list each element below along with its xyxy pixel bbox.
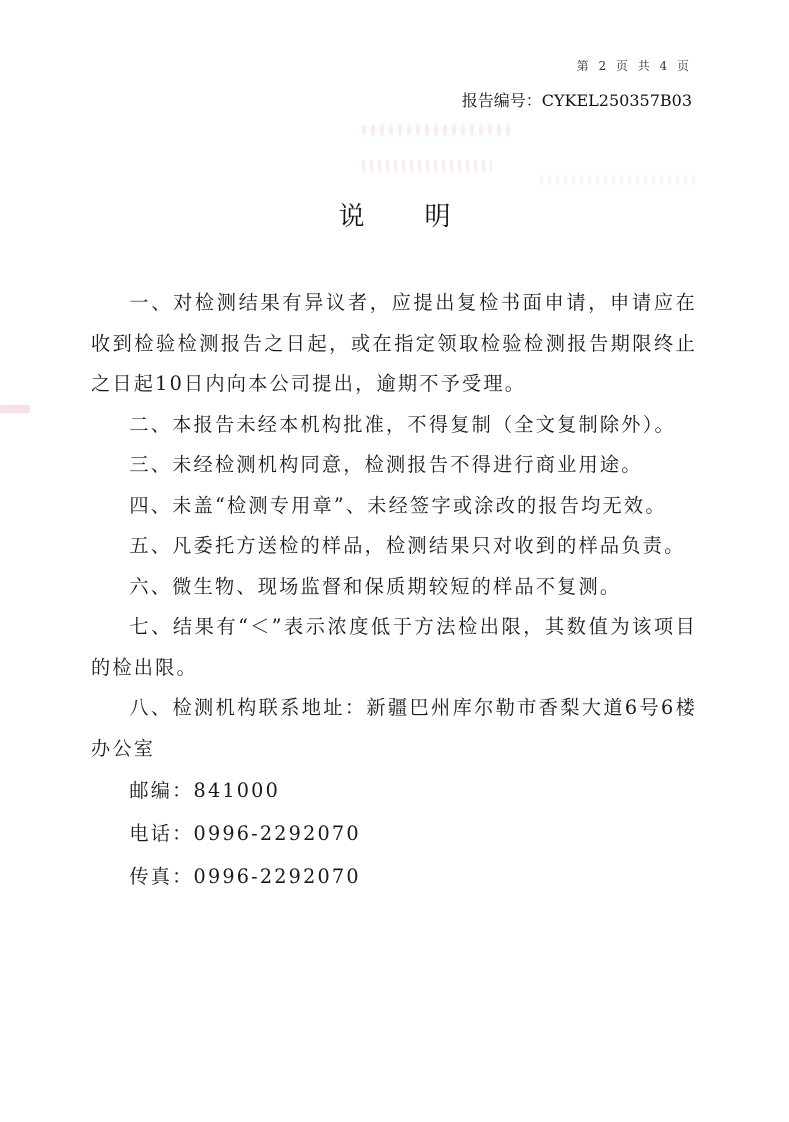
note-item-8: 八、检测机构联系地址：新疆巴州库尔勒市香梨大道6号6楼办公室 xyxy=(91,688,697,769)
notes-body: 一、对检测结果有异议者，应提出复检书面申请，申请应在收到检验检测报告之日起，或在… xyxy=(91,283,697,898)
seal-edge-mark xyxy=(0,405,30,413)
contact-fax: 传真：0996-2292070 xyxy=(91,855,697,898)
page-title: 说明 xyxy=(0,196,789,233)
report-number: 报告编号：CYKEL250357B03 xyxy=(462,88,692,111)
note-item-5: 五、凡委托方送检的样品，检测结果只对收到的样品负责。 xyxy=(91,526,697,567)
faint-bleed-mark xyxy=(540,175,700,185)
page-indicator: 第 2 页 共 4 页 xyxy=(577,57,692,74)
note-item-3: 三、未经检测机构同意，检测报告不得进行商业用途。 xyxy=(91,445,697,486)
contact-phone: 电话：0996-2292070 xyxy=(91,812,697,855)
note-item-7: 七、结果有“＜”表示浓度低于方法检出限，其数值为该项目的检出限。 xyxy=(91,607,697,688)
contact-postcode: 邮编：841000 xyxy=(91,769,697,812)
note-item-1: 一、对检测结果有异议者，应提出复检书面申请，申请应在收到检验检测报告之日起，或在… xyxy=(91,283,697,405)
note-item-6: 六、微生物、现场监督和保质期较短的样品不复测。 xyxy=(91,567,697,608)
faint-stamp-mark xyxy=(362,125,512,135)
faint-stamp-mark xyxy=(362,160,492,172)
note-item-4: 四、未盖“检测专用章”、未经签字或涂改的报告均无效。 xyxy=(91,486,697,527)
note-item-2: 二、本报告未经本机构批准，不得复制（全文复制除外）。 xyxy=(91,405,697,446)
